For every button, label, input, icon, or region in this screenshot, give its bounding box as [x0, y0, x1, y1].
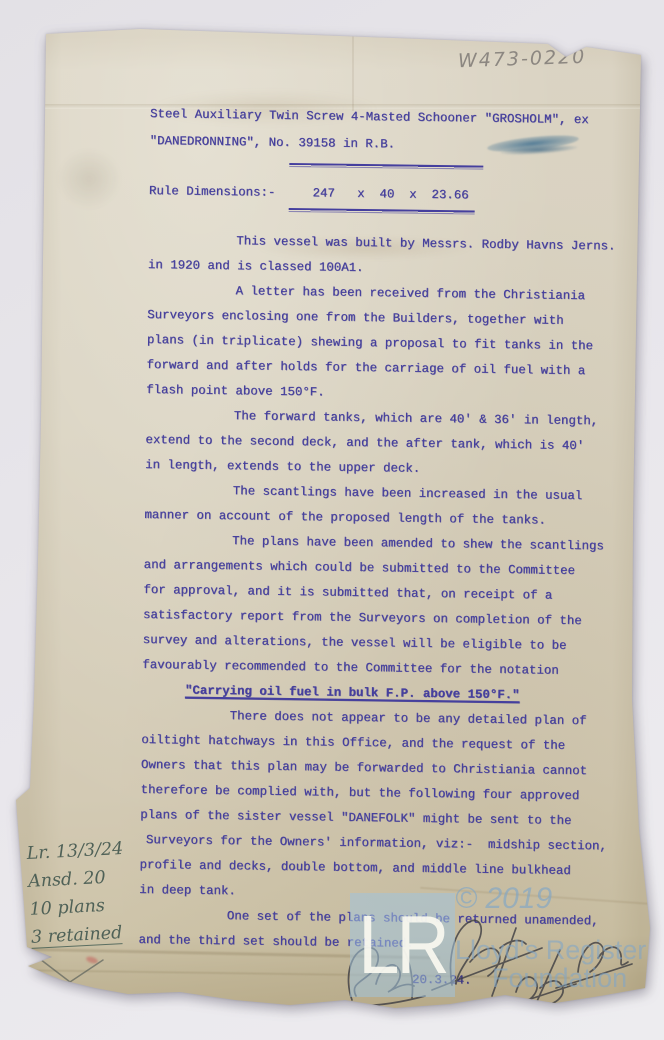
letter-body: This vessel was built by Messrs. Rodby H…: [138, 228, 653, 960]
margin-note: 3 retained: [30, 919, 128, 952]
document-paper: W473-0220 Steel Auxiliary Twin Screw 4-M…: [0, 0, 664, 1040]
title-line-2: "DANEDRONNING", No. 39158 in R.B.: [149, 131, 395, 154]
margin-annotations: Lr. 13/3/24 Ansd. 20 10 plans 3 retained: [26, 835, 128, 952]
typed-date: 20.3.24.: [412, 970, 472, 991]
rule-dimensions: Rule Dimensions:- 247 x 40 x 23.66: [149, 181, 469, 205]
margin-note-underlined: 3 retained: [31, 923, 123, 949]
title-line-1: Steel Auxiliary Twin Screw 4-Masted Scho…: [150, 104, 589, 130]
margin-note: Lr. 13/3/24: [26, 835, 124, 868]
title-underline: [289, 163, 483, 170]
dimensions-underline: [289, 208, 475, 215]
scan-background: W473-0220 Steel Auxiliary Twin Screw 4-M…: [0, 0, 664, 1040]
paper-shadow-wrap: W473-0220 Steel Auxiliary Twin Screw 4-M…: [0, 0, 664, 1040]
